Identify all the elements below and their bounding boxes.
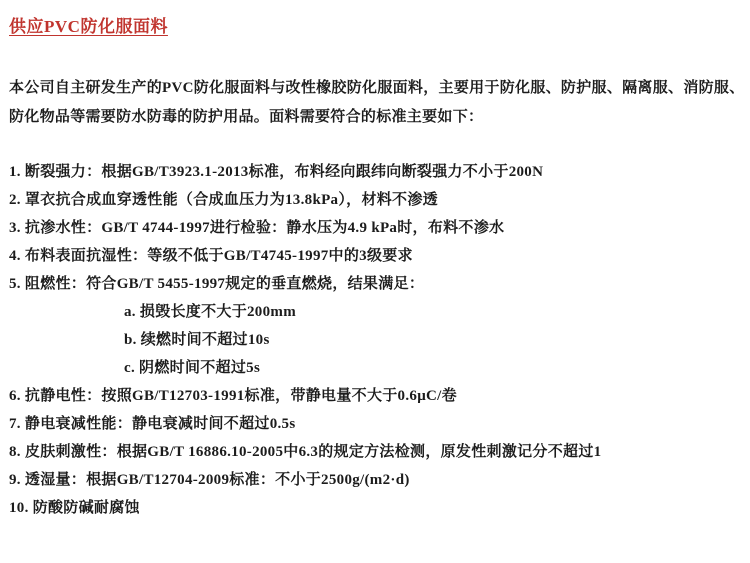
intro-paragraph: 本公司自主研发生产的PVC防化服面料与改性橡胶防化服面料，主要用于防化服、防护服…: [9, 74, 745, 132]
spec-subitem: a. 损毁长度不大于200mm: [9, 298, 745, 326]
spec-item: 3. 抗渗水性：GB/T 4744-1997进行检验：静水压为4.9 kPa时，…: [9, 214, 745, 242]
spec-item: 2. 罩衣抗合成血穿透性能（合成血压力为13.8kPa），材料不渗透: [9, 186, 745, 214]
spec-item: 9. 透湿量：根据GB/T12704-2009标准：不小于2500g/(m2·d…: [9, 466, 745, 494]
spec-item: 1. 断裂强力：根据GB/T3923.1-2013标准，布料经向跟纬向断裂强力不…: [9, 158, 745, 186]
spec-item: 7. 静电衰减性能：静电衰减时间不超过0.5s: [9, 410, 745, 438]
spec-list: 1. 断裂强力：根据GB/T3923.1-2013标准，布料经向跟纬向断裂强力不…: [9, 158, 745, 522]
page-title[interactable]: 供应PVC防化服面料: [9, 16, 168, 38]
intro-line-1: 本公司自主研发生产的PVC防化服面料与改性橡胶防化服面料，主要用于防化服、防护服…: [9, 74, 745, 103]
intro-line-2: 防化物品等需要防水防毒的防护用品。面料需要符合的标准主要如下：: [9, 103, 745, 132]
product-spec-document: 供应PVC防化服面料 本公司自主研发生产的PVC防化服面料与改性橡胶防化服面料，…: [0, 0, 750, 522]
spec-item: 4. 布料表面抗湿性：等级不低于GB/T4745-1997中的3级要求: [9, 242, 745, 270]
spec-item: 5. 阻燃性：符合GB/T 5455-1997规定的垂直燃烧，结果满足：: [9, 270, 745, 298]
spec-subitem: b. 续燃时间不超过10s: [9, 326, 745, 354]
spec-item: 8. 皮肤刺激性：根据GB/T 16886.10-2005中6.3的规定方法检测…: [9, 438, 745, 466]
spec-item: 10. 防酸防碱耐腐蚀: [9, 494, 745, 522]
spec-item: 6. 抗静电性：按照GB/T12703-1991标准，带静电量不大于0.6μC/…: [9, 382, 745, 410]
spec-subitem: c. 阴燃时间不超过5s: [9, 354, 745, 382]
